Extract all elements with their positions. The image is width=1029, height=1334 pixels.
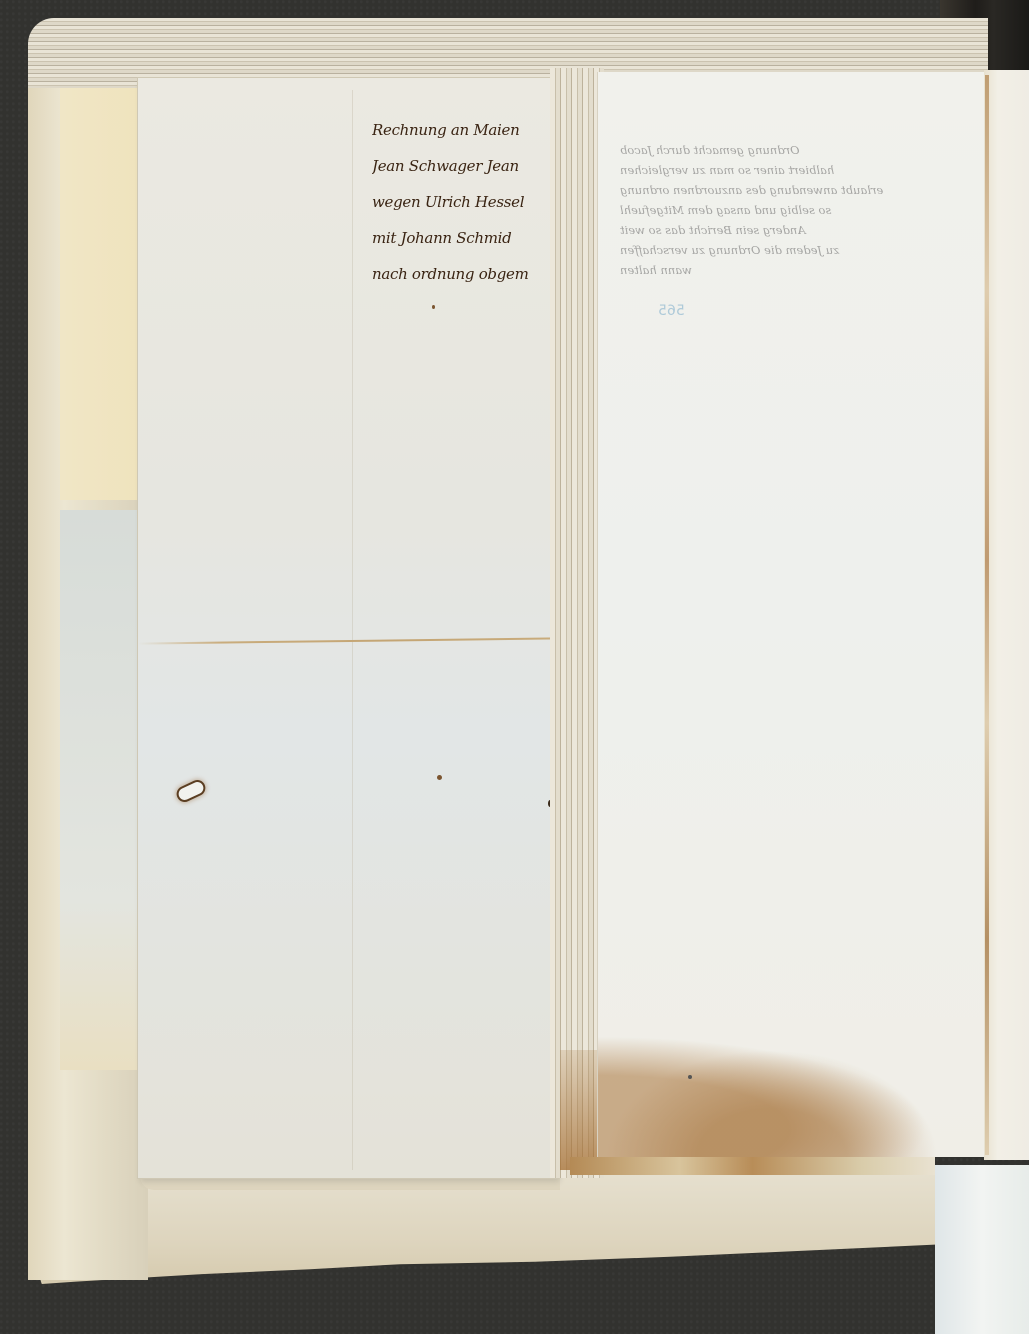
- inscription-line: Rechnung an Maien: [372, 112, 547, 148]
- next-page-strip: [984, 70, 1029, 1160]
- ink-speck: [432, 305, 435, 309]
- inscription-line: nach ordnung obgem: [372, 256, 547, 292]
- left-page-vertical-crease: [352, 90, 353, 1170]
- left-stack-yellowed-edge: [60, 80, 140, 500]
- bleedthrough-line: erlaubt anwendung des anzuordnen ordnung: [620, 180, 970, 200]
- right-page-bleedthrough-text: Ordnung gemacht durch Jacob halbiert ain…: [620, 140, 970, 280]
- inscription-line: wegen Ulrich Hessel: [372, 184, 547, 220]
- blue-guard-tissue: [935, 1165, 1029, 1334]
- middle-page-edges: [550, 68, 604, 1178]
- bleedthrough-line: zu Jedem die Ordnung zu verschaffen: [620, 240, 970, 260]
- ink-speck: [437, 775, 442, 780]
- water-stain: [598, 1020, 984, 1157]
- inscription-line: mit Johann Schmid: [372, 220, 547, 256]
- right-page-bottom-edge: [570, 1157, 935, 1175]
- bleedthrough-line: so selbig und ansag dem Mitgefuehl: [620, 200, 970, 220]
- binding-gutter: [985, 75, 989, 1155]
- left-page-inscription: Rechnung an Maien Jean Schwager Jean weg…: [372, 112, 547, 292]
- bleedthrough-line: Anderg sein Bericht das so weit: [620, 220, 970, 240]
- left-stack-grey-edge: [60, 510, 140, 1070]
- inscription-line: Jean Schwager Jean: [372, 148, 547, 184]
- bleedthrough-line: wann halten: [620, 260, 970, 280]
- ink-speck: [688, 1075, 692, 1079]
- folio-number: 565: [658, 303, 685, 319]
- bleedthrough-line: Ordnung gemacht durch Jacob: [620, 140, 970, 160]
- bleedthrough-line: halbiert ainer so man zu vergleichen: [620, 160, 970, 180]
